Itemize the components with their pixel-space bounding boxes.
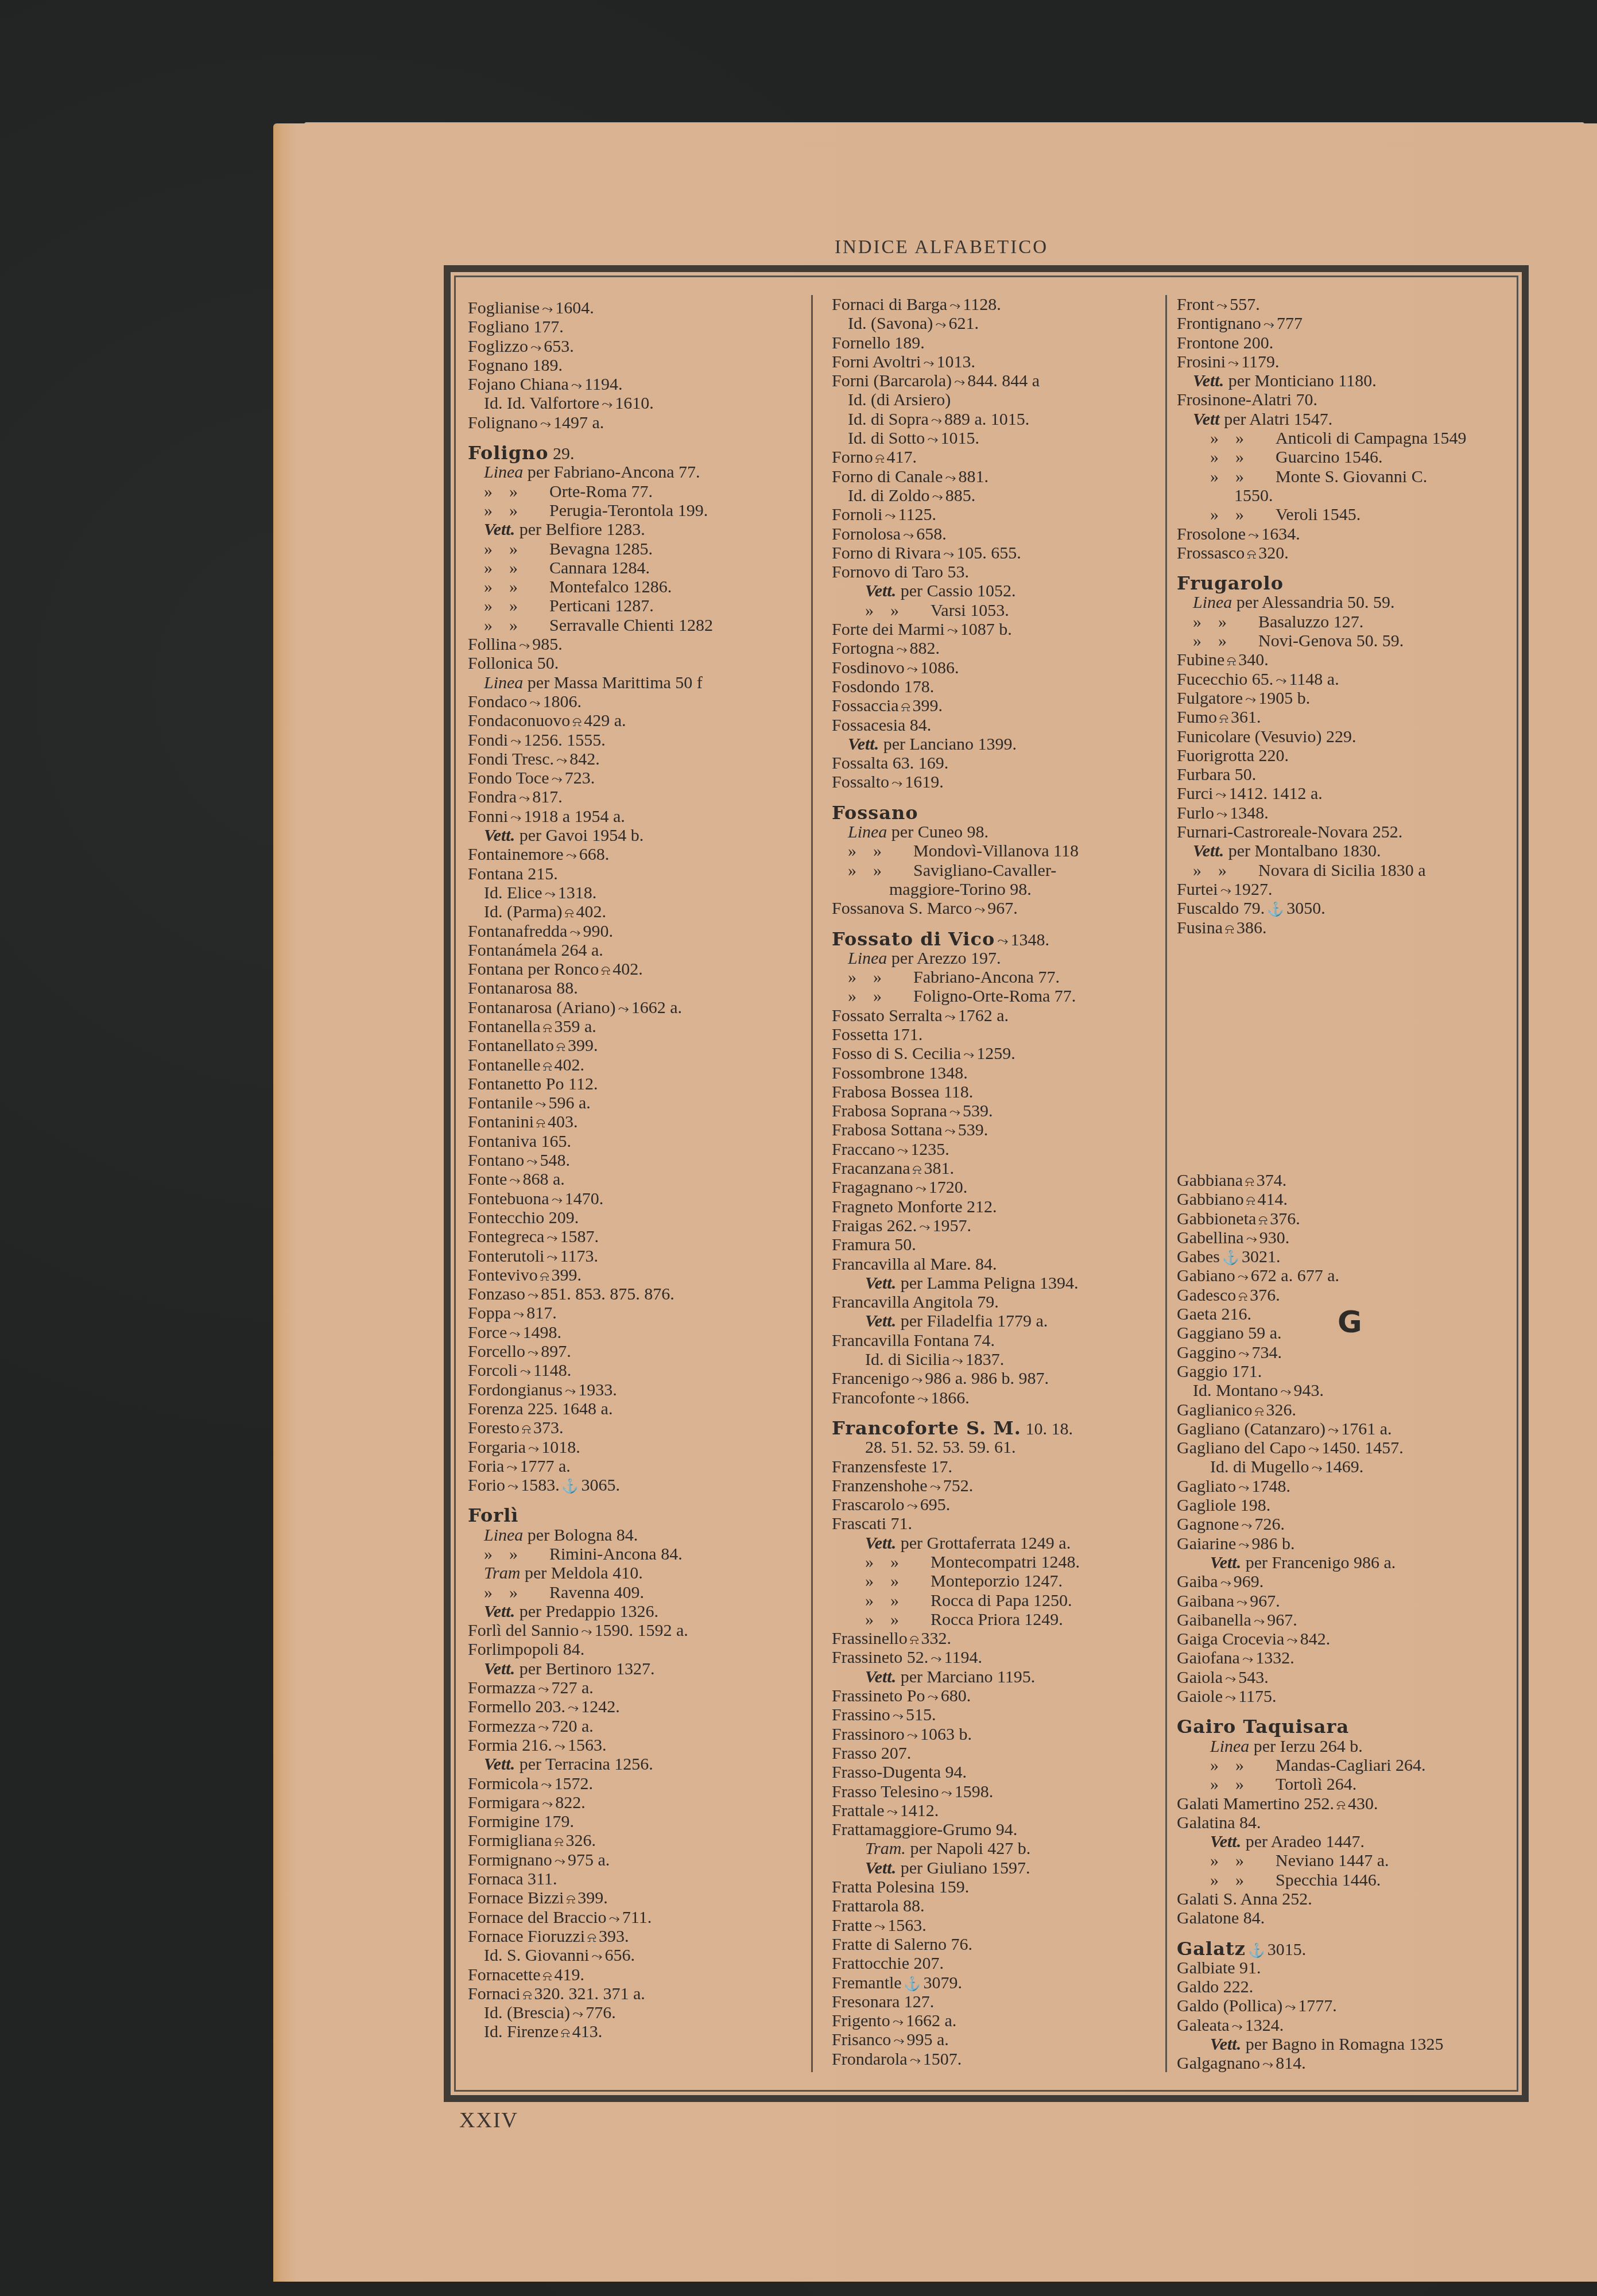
coach-icon: ⤳ — [1225, 1670, 1236, 1689]
ditto-mark: » — [1210, 1871, 1235, 1890]
entry-page-ref: 995 a. — [907, 2030, 949, 2049]
entry-name: Fontanarosa 88. — [468, 979, 578, 998]
coach-icon: ⤳ — [893, 2032, 904, 2051]
index-entry: Foglizzo⤳653. — [468, 337, 713, 356]
entry-name: Fornacette — [468, 1965, 541, 1984]
entry-page-ref: 374. — [1257, 1171, 1287, 1190]
entry-name: Frattarola 88. — [832, 1896, 925, 1915]
entry-page-ref: 1013. — [937, 352, 976, 371]
coach-icon: ⤳ — [893, 1707, 904, 1726]
entry-page-ref: 1412. — [900, 1801, 939, 1820]
index-entry: Fontanini⍾403. — [468, 1112, 713, 1131]
index-entry: Frosini⤳1179. — [1177, 352, 1466, 371]
index-entry: Gaiola⤳543. — [1177, 1668, 1444, 1687]
index-entry: Furnari-Castroreale-Novara 252. — [1177, 823, 1466, 841]
entry-name: Furci — [1177, 784, 1213, 803]
entry-name: Monte S. Giovanni C. — [1276, 467, 1427, 486]
index-entry: Fosdinovo⤳1086. — [832, 658, 1080, 677]
coach-icon: ⤳ — [552, 1191, 563, 1210]
entry-name: per Predappio 1326. — [520, 1602, 658, 1621]
entry-name: Id. di Sotto — [848, 429, 925, 448]
entry-type-label: Vett. — [1193, 371, 1228, 390]
index-entry: Vett. per Gavoi 1954 b. — [468, 826, 713, 845]
coach-icon: ⤳ — [1216, 805, 1227, 824]
ditto-mark: » — [890, 1572, 931, 1591]
index-entry: »»Specchia 1446. — [1177, 1871, 1444, 1890]
entry-name: Frosolone — [1177, 525, 1246, 544]
entry-page-ref: 723. — [565, 769, 595, 788]
entry-name: Forlimpopoli 84. — [468, 1640, 584, 1659]
entry-name: Fontegreca — [468, 1227, 544, 1246]
entry-name: Forno di Canale — [832, 467, 943, 486]
index-entry: Gaiole⤳1175. — [1177, 1687, 1444, 1706]
coach-icon: ⤳ — [545, 885, 556, 904]
index-entry: Formigara⤳822. — [468, 1793, 713, 1812]
index-entry: Foglianise⤳1604. — [468, 298, 713, 317]
coach-icon: ⤳ — [1262, 2055, 1273, 2074]
entry-name: Frossasco — [1177, 544, 1245, 563]
entry-name: Fucecchio 65. — [1177, 670, 1273, 689]
index-entry: Gaiga Crocevia⤳842. — [1177, 1630, 1444, 1649]
entry-page-ref: 1507. — [923, 2050, 962, 2069]
coach-icon: ⤳ — [903, 526, 914, 545]
entry-page-ref: 777 — [1277, 314, 1303, 333]
ditto-mark: » — [1235, 1775, 1276, 1794]
entry-name: Fratte — [832, 1916, 872, 1935]
entry-name: Id. di Mugello — [1210, 1457, 1309, 1476]
index-entry: Gabes⚓3021. — [1177, 1247, 1444, 1266]
coach-icon: ⤳ — [509, 1172, 520, 1190]
index-entry: Franzenshohe⤳752. — [832, 1476, 1080, 1495]
entry-name: Formia 216. — [468, 1736, 552, 1755]
entry-type-label: Vett. — [1210, 1832, 1246, 1851]
ditto-mark: » — [484, 1545, 509, 1564]
index-entry: Vett. per Giuliano 1597. — [832, 1859, 1080, 1878]
entry-name: per Napoli 427 b. — [910, 1839, 1030, 1858]
entry-name: Id. (Savona) — [848, 314, 933, 333]
entry-name: Frosini — [1177, 352, 1226, 371]
index-entry: Frondarola⤳1507. — [832, 2050, 1080, 2069]
entry-page-ref: 373. — [533, 1418, 564, 1437]
index-entry: Fontebuona⤳1470. — [468, 1189, 713, 1208]
entry-name: Fontainemore — [468, 845, 564, 864]
entry-page-ref: 842. — [569, 750, 600, 769]
index-entry: Fratte di Salerno 76. — [832, 1935, 1080, 1954]
coach-icon: ⤳ — [609, 1910, 620, 1929]
entry-name: Varsi 1053. — [931, 601, 1009, 620]
entry-name: Fremantle — [832, 1973, 902, 1992]
entry-type-label: Vett. — [484, 1659, 520, 1678]
index-entry: Foresto⍾373. — [468, 1418, 713, 1437]
entry-type-label: Vett. — [484, 826, 520, 845]
index-entry: »»Veroli 1545. — [1177, 505, 1466, 524]
entry-page-ref: 1148. — [533, 1361, 571, 1380]
entry-name: Novara di Sicilia 1830 a — [1258, 861, 1426, 880]
index-entry: Frattale⤳1412. — [832, 1801, 1080, 1820]
index-entry: Vett. per Bagno in Romagna 1325 — [1177, 2035, 1444, 2054]
entry-name: Fusina — [1177, 918, 1223, 937]
entry-name: Savigliano-Cavaller- — [913, 861, 1056, 880]
coach-icon: ⤳ — [945, 469, 956, 488]
entry-page-ref: 851. 853. 875. 876. — [541, 1285, 675, 1304]
index-entry: Framura 50. — [832, 1235, 1080, 1254]
index-entry: »»Orte-Roma 77. — [468, 482, 713, 501]
entry-page-ref: 359 a. — [555, 1017, 596, 1036]
entry-page-ref: 413. — [572, 2022, 603, 2041]
index-entry: »»Monte S. Giovanni C. — [1177, 467, 1466, 486]
entry-name: per Bagno in Romagna 1325 — [1246, 2035, 1444, 2054]
ditto-mark: » — [848, 841, 873, 860]
entry-type-label: Vett. — [1193, 841, 1228, 860]
coach-icon: ⤳ — [602, 395, 613, 414]
entry-page-ref: 930. — [1259, 1228, 1290, 1247]
ditto-mark: » — [1235, 1851, 1276, 1870]
index-entry: »»Rocca Priora 1249. — [832, 1610, 1080, 1629]
index-entry: Forni Avoltri⤳1013. — [832, 352, 1080, 371]
entry-page-ref: 320. 321. 371 a. — [534, 1984, 645, 2003]
coach-icon: ⤳ — [885, 507, 896, 526]
entry-name: Galati S. Anna 252. — [1177, 1890, 1312, 1909]
entry-page-ref: 1235. — [910, 1140, 949, 1159]
entry-name: Gagliole 198. — [1177, 1496, 1270, 1515]
index-entry: Id. di Sotto⤳1015. — [832, 429, 1080, 448]
index-entry: »»Rimini-Ancona 84. — [468, 1545, 713, 1564]
entry-page-ref: 1563. — [887, 1916, 927, 1935]
entry-name: Fossetta 171. — [832, 1025, 922, 1044]
ditto-mark: » — [873, 968, 913, 987]
index-entry: Forno⍾417. — [832, 448, 1080, 467]
entry-type-label: Linea — [848, 823, 891, 841]
index-entry: Frassineto Po⤳680. — [832, 1686, 1080, 1705]
entry-name: per Filadelfia 1779 a. — [901, 1312, 1048, 1331]
entry-name: Gagliano (Catanzaro) — [1177, 1420, 1325, 1438]
entry-page-ref: 985. — [532, 635, 563, 654]
entry-name: Forio — [468, 1476, 505, 1495]
index-entry: Gairo Taquisara — [1177, 1717, 1444, 1736]
entry-type-label: Vett. — [484, 1755, 520, 1774]
entry-page-ref: 1497 a. — [553, 413, 604, 432]
entry-page-ref: 943. — [1294, 1381, 1324, 1400]
ditto-mark: » — [865, 1553, 890, 1572]
ditto-mark: » — [1235, 467, 1276, 486]
entry-page-ref: 1470. — [565, 1189, 604, 1208]
bell-icon: ⍾ — [523, 1986, 532, 2005]
bell-icon: ⍾ — [1245, 1173, 1254, 1192]
entry-page-ref: 1777. — [1298, 1996, 1337, 2015]
ditto-mark: » — [509, 577, 549, 596]
entry-page-ref: 596 a. — [549, 1093, 591, 1112]
entry-type-label: Vett. — [484, 1602, 520, 1621]
entry-page-ref: 539. — [958, 1120, 989, 1139]
entry-page-ref: 414. — [1258, 1190, 1288, 1209]
coach-icon: ⤳ — [546, 1229, 557, 1248]
coach-icon: ⤳ — [1263, 316, 1274, 335]
page-folio: XXIV — [459, 2108, 518, 2133]
index-entry: Fossaccia⍾399. — [832, 696, 1080, 715]
entry-name: Fornace Fioruzzi — [468, 1927, 585, 1946]
entry-name: per Meldola 410. — [525, 1564, 643, 1583]
entry-name: Formigara — [468, 1793, 540, 1812]
entry-name: Gaiarine — [1177, 1534, 1236, 1553]
index-entry: Fubine⍾340. — [1177, 650, 1466, 669]
index-entry: Fondi Tresc.⤳842. — [468, 750, 713, 769]
index-entry: Gaiarine⤳986 b. — [1177, 1534, 1444, 1553]
index-entry: Formello 203.⤳1242. — [468, 1697, 713, 1716]
entry-name: Id. (Brescia) — [484, 2003, 570, 2022]
entry-name: Frassino — [832, 1705, 890, 1724]
index-entry: Frabosa Sottana⤳539. — [832, 1120, 1080, 1139]
entry-page-ref: 1128. — [963, 295, 1001, 314]
entry-name: Gairo Taquisara — [1177, 1716, 1349, 1737]
entry-name: Fuorigrotta 220. — [1177, 746, 1289, 765]
index-entry: Fragagnano⤳1720. — [832, 1178, 1080, 1197]
index-entry: Vett. per Bertinoro 1327. — [468, 1659, 713, 1678]
coach-icon: ⤳ — [530, 339, 541, 358]
entry-name: Fornello 189. — [832, 333, 925, 352]
entry-name: Fornace del Braccio — [468, 1908, 607, 1927]
entry-name: per Lanciano 1399. — [883, 735, 1017, 754]
index-entry: Front⤳557. — [1177, 295, 1466, 314]
bell-icon: ⍾ — [1219, 709, 1228, 728]
entry-page-ref: 1018. — [541, 1438, 580, 1457]
entry-name: Gagliato — [1177, 1477, 1236, 1496]
entry-name: Furlo — [1177, 804, 1214, 823]
index-column-3-g-section: Gabbiana⍾374.Gabbiano⍾414.Gabbioneta⍾376… — [1177, 1171, 1444, 2073]
entry-name: per Belfiore 1283. — [520, 520, 645, 539]
entry-name: Formello 203. — [468, 1697, 565, 1716]
index-entry: Fontana per Ronco⍾402. — [468, 960, 713, 979]
entry-name: per Francenigo 986 a. — [1246, 1553, 1396, 1572]
entry-name: Guarcino 1546. — [1276, 448, 1383, 467]
index-entry: Linea per Cuneo 98. — [832, 823, 1080, 841]
coach-icon: ⤳ — [927, 430, 938, 449]
entry-name: Frondarola — [832, 2050, 908, 2069]
entry-page-ref: 376. — [1270, 1209, 1300, 1228]
index-entry: Gabellina⤳930. — [1177, 1228, 1444, 1247]
entry-page-ref: 844. 844 a — [967, 371, 1040, 390]
entry-name: Serravalle Chienti 1282 — [549, 616, 713, 635]
entry-name: Fossombrone 1348. — [832, 1064, 968, 1083]
coach-icon: ⤳ — [529, 694, 540, 713]
index-entry: Fratta Polesina 159. — [832, 1878, 1080, 1896]
entry-page-ref: 419. — [555, 1965, 585, 1984]
entry-name: Fornace Bizzi — [468, 1888, 564, 1907]
ditto-mark: » — [1210, 1756, 1235, 1775]
coach-icon: ⤳ — [528, 1440, 539, 1459]
entry-name: Furnari-Castroreale-Novara 252. — [1177, 823, 1402, 841]
index-entry: »»Varsi 1053. — [832, 601, 1080, 620]
coach-icon: ⤳ — [1238, 1479, 1249, 1498]
entry-name: Fortogna — [832, 639, 894, 658]
entry-name: per Giuliano 1597. — [901, 1859, 1030, 1878]
entry-name: Frabosa Sottana — [832, 1120, 942, 1139]
bell-icon: ⍾ — [543, 1967, 552, 1986]
entry-type-label: Linea — [1210, 1737, 1254, 1756]
ditto-mark: » — [484, 577, 509, 596]
entry-name: Foligno-Orte-Roma 77. — [913, 987, 1076, 1006]
entry-page-ref: 402. — [555, 1056, 585, 1075]
entry-name: Montefalco 1286. — [549, 577, 672, 596]
entry-page-ref: 727 a. — [551, 1678, 593, 1697]
coach-icon: ⤳ — [591, 1948, 602, 1967]
entry-page-ref: 402. — [576, 902, 607, 921]
entry-name: Fosdondo 178. — [832, 677, 934, 696]
index-entry: Fremantle⚓3079. — [832, 1973, 1080, 1992]
entry-page-ref: 1242. — [581, 1697, 620, 1716]
entry-name: Gabbioneta — [1177, 1209, 1256, 1228]
bell-icon: ⍾ — [1225, 920, 1234, 939]
entry-name: Fuscaldo 79. — [1177, 899, 1265, 918]
entry-name: Gaeta 216. — [1177, 1305, 1251, 1324]
index-entry: »»Cannara 1284. — [468, 559, 713, 577]
index-entry: Furlo⤳1348. — [1177, 804, 1466, 823]
ditto-mark: » — [1210, 505, 1235, 524]
coach-icon: ⤳ — [893, 2013, 904, 2032]
entry-page-ref: 1348. — [1010, 930, 1049, 949]
entry-type-label: Linea — [484, 1526, 528, 1545]
entry-name: Gaiga Crocevia — [1177, 1630, 1284, 1649]
entry-name: Frabosa Soprana — [832, 1102, 947, 1120]
entry-page-ref: 1194. — [584, 375, 622, 394]
coach-icon: ⤳ — [542, 300, 553, 319]
coach-icon: ⤳ — [943, 545, 954, 564]
index-entry: Fossetta 171. — [832, 1025, 1080, 1044]
bell-icon: ⍾ — [1227, 652, 1236, 671]
entry-name: per Cuneo 98. — [891, 823, 989, 841]
entry-name: Fornoli — [832, 505, 882, 524]
index-entry: Gagnone⤳726. — [1177, 1515, 1444, 1534]
entry-name: Perugia-Terontola 199. — [549, 501, 708, 520]
entry-name: Id. Firenze — [484, 2022, 559, 2041]
coach-icon: ⤳ — [510, 809, 521, 828]
index-entry: Fragneto Monforte 212. — [832, 1197, 1080, 1216]
entry-name: Fontanella — [468, 1017, 541, 1036]
index-entry: Frabosa Bossea 118. — [832, 1083, 1080, 1102]
entry-name: Gaiba — [1177, 1572, 1218, 1591]
index-entry: Linea per Fabriano-Ancona 77. — [468, 463, 713, 482]
index-entry: Force⤳1498. — [468, 1323, 713, 1342]
entry-name: Fontebuona — [468, 1189, 549, 1208]
coach-icon: ⤳ — [1236, 1593, 1247, 1612]
coach-icon: ⤳ — [1248, 526, 1259, 545]
coach-icon: ⤳ — [520, 1363, 531, 1382]
entry-name: Frattocchie 207. — [832, 1954, 944, 1973]
index-entry: Gabbiano⍾414. — [1177, 1190, 1444, 1209]
ship-icon: ⚓ — [1222, 1249, 1239, 1268]
entry-name: Fratta Polesina 159. — [832, 1878, 969, 1896]
entry-name: Fondo Toce — [468, 769, 549, 788]
entry-name: Frattamaggiore-Grumo 94. — [832, 1820, 1017, 1839]
coach-icon: ⤳ — [974, 901, 985, 920]
entry-name: Fonterutoli — [468, 1247, 544, 1266]
index-entry: »»Anticoli di Campagna 1549 — [1177, 429, 1466, 448]
entry-page-ref: 1720. — [929, 1178, 968, 1197]
entry-name: Frugarolo — [1177, 572, 1284, 594]
index-entry: »»Novara di Sicilia 1830 a — [1177, 861, 1466, 880]
entry-name: Fornovo di Taro 53. — [832, 563, 969, 581]
coach-icon: ⤳ — [565, 1382, 576, 1401]
ditto-mark: » — [1210, 467, 1235, 486]
bell-icon: ⍾ — [522, 1420, 531, 1439]
index-entry: Galdo 222. — [1177, 1977, 1444, 1996]
ditto-mark: » — [1235, 1756, 1276, 1775]
coach-icon: ⤳ — [949, 1103, 960, 1122]
index-entry: »»Guarcino 1546. — [1177, 448, 1466, 467]
ship-icon: ⚓ — [1248, 1942, 1265, 1961]
index-entry: Fontano⤳548. — [468, 1151, 713, 1170]
ditto-mark: » — [1193, 861, 1218, 880]
ditto-mark: » — [509, 540, 549, 559]
ship-icon: ⚓ — [562, 1477, 579, 1496]
coach-icon: ⤳ — [538, 1680, 549, 1699]
entry-name: Fondi — [468, 731, 508, 750]
entry-name: Frasso-Dugenta 94. — [832, 1763, 967, 1782]
index-entry: Galdo (Pollica)⤳1777. — [1177, 1996, 1444, 2015]
coach-icon: ⤳ — [552, 770, 563, 789]
entry-page-ref: 990. — [583, 922, 613, 941]
entry-page-ref: 1598. — [955, 1782, 994, 1801]
ship-icon: ⚓ — [904, 1975, 921, 1994]
entry-name: Francavilla Angitola 79. — [832, 1293, 999, 1312]
entry-name: Fondi Tresc. — [468, 750, 554, 769]
entry-name: Foligno — [468, 442, 549, 464]
entry-name: Fosdinovo — [832, 658, 905, 677]
coach-icon: ⤳ — [528, 1344, 538, 1363]
coach-icon: ⤳ — [897, 1142, 908, 1161]
entry-type-label: Vett. — [865, 1667, 901, 1686]
index-entry: Fontaniva 165. — [468, 1132, 713, 1151]
entry-name: per Cassio 1052. — [901, 581, 1016, 600]
index-entry: Frossasco⍾320. — [1177, 544, 1466, 563]
entry-name: Gaggio 171. — [1177, 1362, 1262, 1381]
index-entry: Francavilla Angitola 79. — [832, 1293, 1080, 1312]
entry-name: Fontanelle — [468, 1056, 541, 1075]
coach-icon: ⤳ — [510, 732, 521, 751]
entry-name: Id. Elice — [484, 883, 542, 902]
ditto-mark: » — [865, 601, 890, 620]
entry-name: Frassineto 52. — [832, 1648, 928, 1667]
entry-name: Fontano — [468, 1151, 524, 1170]
entry-name: Folignano — [468, 413, 538, 432]
entry-name: Forni (Barcarola) — [832, 371, 952, 390]
ditto-mark: » — [865, 1572, 890, 1591]
index-entry: Formia 216.⤳1563. — [468, 1736, 713, 1755]
bell-icon: ⍾ — [540, 1267, 549, 1286]
coach-icon: ⤳ — [1238, 1268, 1249, 1287]
index-entry: Fornoli⤳1125. — [832, 505, 1080, 524]
coach-icon: ⤳ — [931, 1650, 941, 1669]
index-entry: Francofonte⤳1866. — [832, 1389, 1080, 1407]
entry-name: Id. S. Giovanni — [484, 1946, 589, 1965]
ditto-mark: » — [890, 1553, 931, 1572]
entry-page-ref: 1610. — [615, 394, 654, 413]
index-entry: Frugarolo — [1177, 574, 1466, 593]
index-entry: Fonte⤳868 a. — [468, 1170, 713, 1189]
index-entry: Id. Elice⤳1318. — [468, 883, 713, 902]
index-entry: Id. Id. Valfortore⤳1610. — [468, 394, 713, 413]
index-entry: Formicola⤳1572. — [468, 1774, 713, 1793]
entry-page-ref: 889 a. 1015. — [944, 410, 1029, 429]
entry-page-ref: 399. — [552, 1266, 582, 1285]
coach-icon: ⤳ — [1238, 1345, 1249, 1364]
index-entry: 1550. — [1177, 486, 1466, 505]
index-entry: »»Fabriano-Ancona 77. — [832, 968, 1080, 987]
ditto-mark: » — [1210, 429, 1235, 448]
entry-name: Frabosa Bossea 118. — [832, 1083, 973, 1102]
index-entry: Fogliano 177. — [468, 317, 713, 336]
index-entry: Fucecchio 65.⤳1148 a. — [1177, 670, 1466, 689]
coach-icon: ⤳ — [1280, 1383, 1291, 1402]
